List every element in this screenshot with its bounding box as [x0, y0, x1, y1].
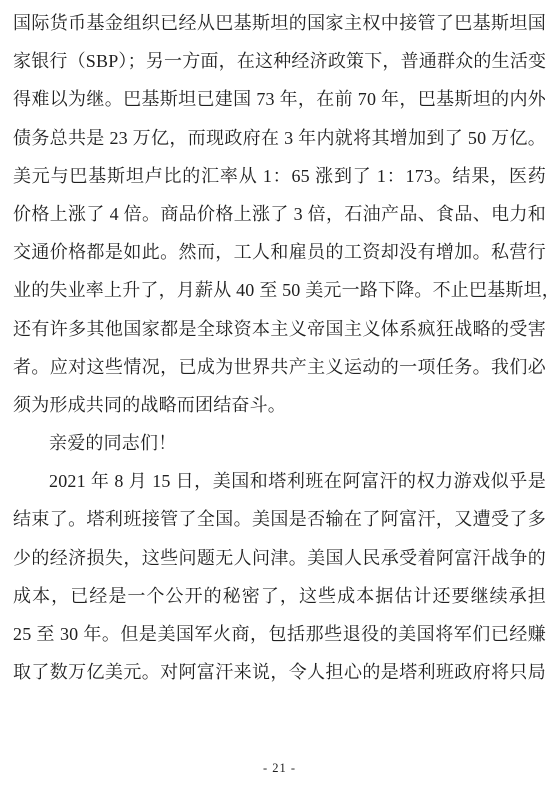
page-body-text: 国际货币基金组织已经从巴基斯坦的国家主权中接管了巴基斯坦国 家银行（SBP）；另…	[13, 4, 546, 691]
text-line: 业的失业率上升了，月薪从 40 至 50 美元一路下降。不止巴基斯坦，	[13, 271, 546, 309]
text-line: 者。应对这些情况，已成为世界共产主义运动的一项任务。我们必	[13, 348, 546, 386]
text-line: 25 至 30 年。但是美国军火商，包括那些退役的美国将军们已经赚	[13, 615, 546, 653]
text-line: 交通价格都是如此。然而，工人和雇员的工资却没有增加。私营行	[13, 233, 546, 271]
text-line-paragraph-end: 须为形成共同的战略而团结奋斗。	[13, 386, 546, 424]
document-page: 国际货币基金组织已经从巴基斯坦的国家主权中接管了巴基斯坦国 家银行（SBP）；另…	[0, 0, 559, 800]
text-line: 取了数万亿美元。对阿富汗来说，令人担心的是塔利班政府将只局	[13, 653, 546, 691]
text-line: 价格上涨了 4 倍。商品价格上涨了 3 倍，石油产品、食品、电力和	[13, 195, 546, 233]
text-line: 得难以为继。巴基斯坦已建国 73 年，在前 70 年，巴基斯坦的内外	[13, 80, 546, 118]
text-line: 成本，已经是一个公开的秘密了，这些成本据估计还要继续承担	[13, 577, 546, 615]
text-line: 还有许多其他国家都是全球资本主义帝国主义体系疯狂战略的受害	[13, 310, 546, 348]
text-line: 国际货币基金组织已经从巴基斯坦的国家主权中接管了巴基斯坦国	[13, 4, 546, 42]
text-line: 少的经济损失，这些问题无人问津。美国人民承受着阿富汗战争的	[13, 539, 546, 577]
text-line-salutation: 亲爱的同志们！	[13, 424, 546, 462]
text-line: 结束了。塔利班接管了全国。美国是否输在了阿富汗，又遭受了多	[13, 500, 546, 538]
page-number: - 21 -	[0, 761, 559, 776]
text-line: 债务总共是 23 万亿，而现政府在 3 年内就将其增加到了 50 万亿。	[13, 119, 546, 157]
text-line: 家银行（SBP）；另一方面，在这种经济政策下，普通群众的生活变	[13, 42, 546, 80]
text-line: 美元与巴基斯坦卢比的汇率从 1：65 涨到了 1：173。结果，医药	[13, 157, 546, 195]
text-line-paragraph-start: 2021 年 8 月 15 日，美国和塔利班在阿富汗的权力游戏似乎是	[13, 462, 546, 500]
